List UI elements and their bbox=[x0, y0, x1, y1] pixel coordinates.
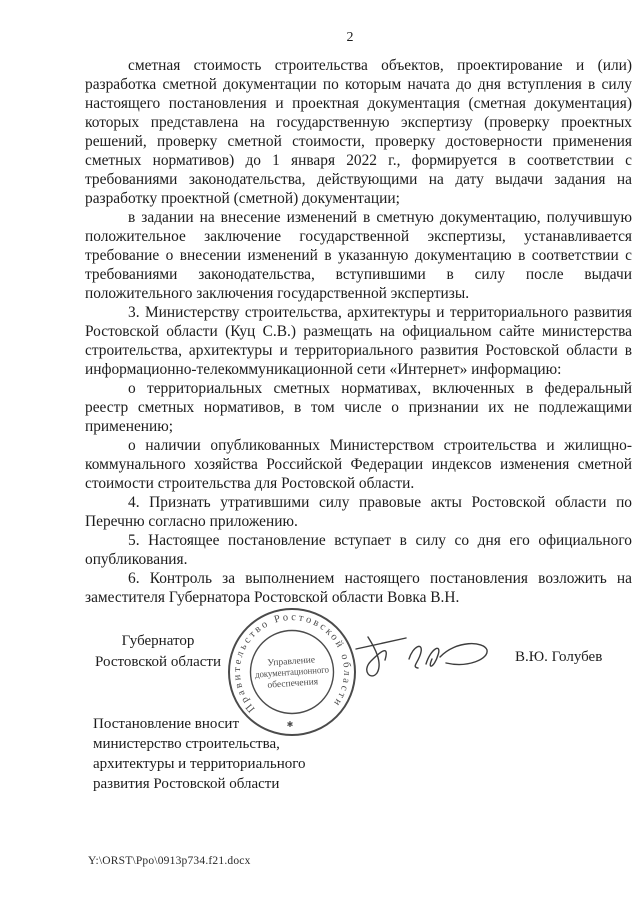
paragraph-item-5: 5. Настоящее постановление вступает в си… bbox=[85, 531, 632, 569]
signatory-name: В.Ю. Голубев bbox=[515, 649, 602, 666]
paragraph-change-task: в задании на внесение изменений в сметну… bbox=[85, 208, 632, 303]
submitter-note: Постановление вносит министерство строит… bbox=[93, 714, 393, 794]
page-number: 2 bbox=[85, 30, 615, 46]
paragraph-territorial-norms: о территориальных сметных нормативах, вк… bbox=[85, 379, 632, 436]
file-path-note: Y:\ORST\Ppo\0913p734.f21.docx bbox=[88, 855, 251, 867]
signatory-title-line1: Губернатор bbox=[85, 631, 231, 652]
submitter-line3: архитектуры и территориального bbox=[93, 754, 393, 774]
paragraph-smeta-cost: сметная стоимость строительства объектов… bbox=[85, 56, 632, 208]
paragraph-item-3: 3. Министерству строительства, архитекту… bbox=[85, 303, 632, 379]
document-body: сметная стоимость строительства объектов… bbox=[85, 56, 632, 607]
submitter-line1: Постановление вносит bbox=[93, 714, 393, 734]
paragraph-item-4: 4. Признать утратившими силу правовые ак… bbox=[85, 493, 632, 531]
document-page: 2 сметная стоимость строительства объект… bbox=[0, 0, 640, 905]
submitter-line2: министерство строительства, bbox=[93, 734, 393, 754]
signatory-title-line2: Ростовской области bbox=[85, 652, 231, 673]
paragraph-indices: о наличии опубликованных Министерством с… bbox=[85, 436, 632, 493]
signature-scribble-icon bbox=[352, 630, 497, 685]
paragraph-item-6: 6. Контроль за выполнением настоящего по… bbox=[85, 569, 632, 607]
submitter-line4: развития Ростовской области bbox=[93, 774, 393, 794]
signatory-title: Губернатор Ростовской области bbox=[85, 631, 231, 673]
